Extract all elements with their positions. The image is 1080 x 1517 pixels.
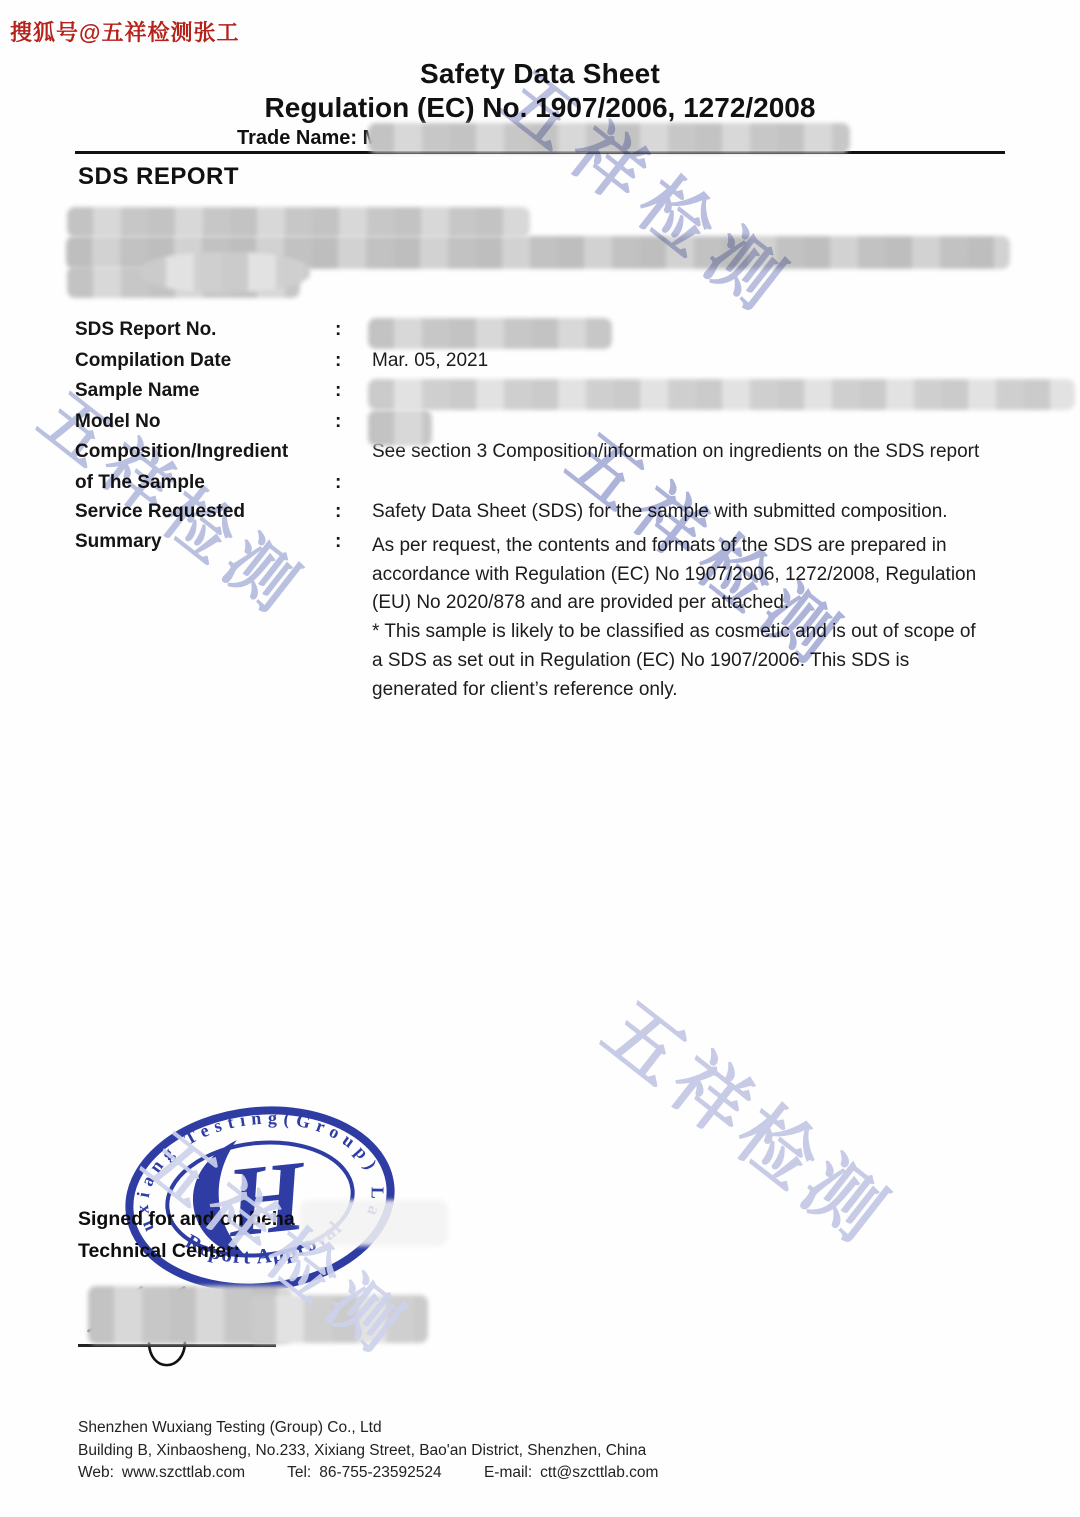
sohu-watermark-text: 搜狐号@五祥检测张工 (10, 16, 239, 47)
redaction-sample-name (368, 379, 1075, 410)
trade-name-line: Trade Name: M (237, 127, 379, 150)
footer-tel-label: Tel: (287, 1464, 311, 1481)
redaction-signature-right (250, 1295, 428, 1343)
document-subtitle: Regulation (EC) No. 1907/2006, 1272/2008 (0, 92, 1080, 124)
redaction-signed-tail (300, 1200, 448, 1246)
field-colon: : (335, 351, 341, 370)
field-label: Compilation Date (75, 351, 231, 370)
field-row: Composition/Ingredient See section 3 Com… (75, 442, 1015, 468)
field-label: Model No (75, 412, 161, 431)
field-value: See section 3 Composition/information on… (372, 442, 979, 461)
redaction-report-no (368, 318, 612, 349)
signature-loop (146, 1341, 190, 1379)
field-colon: : (335, 381, 341, 400)
approval-stamp: Wuxiang Testing(Group) Lab Report Approv… (105, 1079, 415, 1318)
field-colon: : (335, 532, 341, 551)
field-label: Service Requested (75, 502, 245, 521)
field-colon: : (335, 412, 341, 431)
footer-tel-number: 86-755-23592524 (319, 1464, 441, 1481)
field-label: Composition/Ingredient (75, 442, 288, 461)
field-value: Safety Data Sheet (SDS) for the sample w… (372, 502, 948, 521)
footer-contacts: Web:www.szcttlab.com Tel:86-755-23592524… (78, 1462, 666, 1485)
field-colon: : (335, 502, 341, 521)
sds-report-page: 搜狐号@五祥检测张工 Safety Data Sheet Regulation … (0, 0, 1080, 1517)
document-title: Safety Data Sheet (0, 58, 1080, 90)
technical-center-line: Technical Center: (78, 1240, 240, 1263)
footer-web-label: Web: (78, 1464, 114, 1481)
summary-line: * This sample is likely to be classified… (372, 618, 1032, 647)
field-row: of The Sample : (75, 473, 1015, 499)
footer-email-label: E-mail: (484, 1464, 532, 1481)
summary-line: accordance with Regulation (EC) No 1907/… (372, 561, 1032, 590)
summary-line: (EU) No 2020/878 and are provided per at… (372, 589, 1032, 618)
redaction-trade-name (368, 123, 850, 153)
footer-address: Building B, Xinbaosheng, No.233, Xixiang… (78, 1440, 666, 1463)
field-colon: : (335, 320, 341, 339)
footer-web-url: www.szcttlab.com (122, 1464, 245, 1481)
diagonal-watermark: 五祥检测 (585, 972, 917, 1265)
redaction-model-no (368, 410, 432, 446)
summary-line: generated for client’s reference only. (372, 676, 1032, 705)
footer: Shenzhen Wuxiang Testing (Group) Co., Lt… (78, 1417, 666, 1485)
summary-line: As per request, the contents and formats… (372, 532, 1032, 561)
redaction-company-line3-bump (140, 252, 310, 292)
field-label: Summary (75, 532, 162, 551)
field-label: SDS Report No. (75, 320, 216, 339)
field-row: Model No : (75, 412, 1015, 438)
footer-company: Shenzhen Wuxiang Testing (Group) Co., Lt… (78, 1417, 666, 1440)
redaction-company-line1 (67, 207, 530, 237)
summary-line: a SDS as set out in Regulation (EC) No 1… (372, 647, 1032, 676)
field-row: Compilation Date : Mar. 05, 2021 (75, 351, 1015, 377)
signed-for-line: Signed for and on beha (78, 1208, 295, 1231)
field-label: Sample Name (75, 381, 200, 400)
page-title: SDS REPORT (78, 163, 239, 191)
footer-email-address: ctt@szcttlab.com (540, 1464, 658, 1481)
summary-text: As per request, the contents and formats… (372, 532, 1032, 704)
field-colon: : (335, 473, 341, 492)
field-label: of The Sample (75, 473, 205, 492)
field-row: Service Requested : Safety Data Sheet (S… (75, 502, 1015, 528)
field-value: Mar. 05, 2021 (372, 351, 488, 370)
